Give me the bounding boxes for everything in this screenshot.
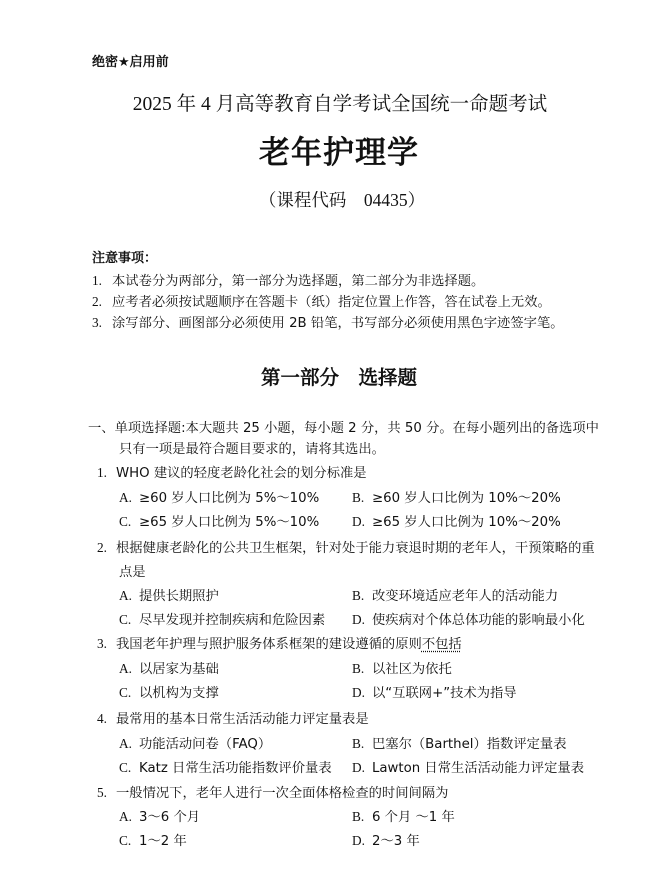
question-number: 5. [97, 785, 116, 801]
option-label: B. [352, 490, 372, 506]
option-2c: C.尽早发现并控制疾病和危险因素 [119, 609, 325, 628]
option-label: D. [352, 685, 372, 701]
option-label: B. [352, 661, 372, 677]
option-text: ≥60 岁人口比例为 10%～20% [372, 491, 561, 506]
option-5d: D.2～3 年 [352, 830, 420, 849]
option-1b: B.≥60 岁人口比例为 10%～20% [352, 487, 561, 506]
option-4c: C.Katz 日常生活功能指数评价量表 [119, 757, 332, 776]
option-text: 1～2 年 [139, 834, 187, 849]
notice-item-text: 应考者必须按试题顺序在答题卡（纸）指定位置上作答，答在试卷上无效。 [112, 295, 551, 310]
option-text: 巴塞尔（Barthel）指数评定量表 [372, 737, 567, 752]
option-1d: D.≥65 岁人口比例为 10%～20% [352, 511, 561, 530]
question-number: 1. [97, 465, 116, 481]
option-5c: C.1～2 年 [119, 830, 187, 849]
option-1c: C.≥65 岁人口比例为 5%～10% [119, 511, 319, 530]
option-2a: A.提供长期照护 [119, 585, 219, 604]
option-text: 3～6 个月 [139, 810, 200, 825]
option-label: A. [119, 490, 139, 506]
option-label: B. [352, 809, 372, 825]
option-text: Katz 日常生活功能指数评价量表 [139, 761, 332, 776]
option-label: D. [352, 760, 372, 776]
section-instructions-line1: 一、单项选择题:本大题共 25 小题，每小题 2 分，共 50 分。在每小题列出… [88, 417, 599, 436]
option-text: 以居家为基础 [139, 662, 219, 677]
notice-item-number: 1. [92, 273, 112, 289]
question-stem: 我国老年护理与照护服务体系框架的建设遵循的原则 [116, 637, 422, 652]
question-number: 2. [97, 540, 116, 556]
option-text: 以社区为依托 [372, 662, 452, 677]
option-label: B. [352, 736, 372, 752]
question-stem: 一般情况下，老年人进行一次全面体格检查的时间间隔为 [116, 786, 448, 801]
option-text: 以“互联网+”技术为指导 [372, 686, 517, 701]
question-5: 5.一般情况下，老年人进行一次全面体格检查的时间间隔为 [97, 782, 448, 801]
option-text: 功能活动问卷（FAQ） [139, 737, 271, 752]
question-stem-continued: 点是 [119, 561, 146, 580]
option-label: D. [352, 833, 372, 849]
question-1: 1.WHO 建议的轻度老龄化社会的划分标准是 [97, 462, 367, 481]
question-number: 3. [97, 636, 116, 652]
option-text: Lawton 日常生活活动能力评定量表 [372, 761, 584, 776]
option-text: ≥65 岁人口比例为 5%～10% [139, 515, 319, 530]
question-4: 4.最常用的基本日常生活活动能力评定量表是 [97, 708, 369, 727]
option-2d: D.使疾病对个体总体功能的影响最小化 [352, 609, 585, 628]
option-label: C. [119, 760, 139, 776]
notice-item: 2.应考者必须按试题顺序在答题卡（纸）指定位置上作答，答在试卷上无效。 [92, 291, 551, 310]
option-text: 6 个月 ～1 年 [372, 810, 455, 825]
option-label: C. [119, 833, 139, 849]
option-3b: B.以社区为依托 [352, 658, 452, 677]
part-title: 第一部分 选择题 [0, 362, 650, 390]
subject-title: 老年护理学 [0, 127, 650, 172]
secret-mark: 绝密★启用前 [92, 51, 169, 70]
option-label: A. [119, 809, 139, 825]
option-label: A. [119, 661, 139, 677]
question-number: 4. [97, 711, 116, 727]
exam-title: 2025 年 4 月高等教育自学考试全国统一命题考试 [0, 88, 650, 116]
notice-item: 1.本试卷分为两部分，第一部分为选择题，第二部分为非选择题。 [92, 270, 484, 289]
question-stem: 最常用的基本日常生活活动能力评定量表是 [116, 712, 369, 727]
option-3a: A.以居家为基础 [119, 658, 219, 677]
option-text: 以机构为支撑 [139, 686, 219, 701]
option-label: D. [352, 514, 372, 530]
notice-item-number: 3. [92, 315, 112, 331]
option-2b: B.改变环境适应老年人的活动能力 [352, 585, 558, 604]
notice-heading: 注意事项： [92, 247, 157, 266]
notice-item: 3.涂写部分、画图部分必须使用 2B 铅笔，书写部分必须使用黑色字迹签字笔。 [92, 312, 564, 331]
option-1a: A.≥60 岁人口比例为 5%～10% [119, 487, 319, 506]
option-4a: A.功能活动问卷（FAQ） [119, 733, 271, 752]
question-3: 3.我国老年护理与照护服务体系框架的建设遵循的原则不包括 [97, 633, 462, 652]
option-text: 尽早发现并控制疾病和危险因素 [139, 613, 325, 628]
option-label: C. [119, 685, 139, 701]
option-text: 提供长期照护 [139, 589, 219, 604]
option-3d: D.以“互联网+”技术为指导 [352, 682, 517, 701]
option-label: A. [119, 736, 139, 752]
option-label: C. [119, 514, 139, 530]
option-label: B. [352, 588, 372, 604]
option-5b: B.6 个月 ～1 年 [352, 806, 455, 825]
option-label: D. [352, 612, 372, 628]
option-3c: C.以机构为支撑 [119, 682, 219, 701]
notice-item-text: 本试卷分为两部分，第一部分为选择题，第二部分为非选择题。 [112, 274, 484, 289]
question-stem-emphasis: 不包括 [422, 637, 462, 652]
option-text: ≥60 岁人口比例为 5%～10% [139, 491, 319, 506]
option-text: ≥65 岁人口比例为 10%～20% [372, 515, 561, 530]
notice-item-number: 2. [92, 294, 112, 310]
notice-item-text: 涂写部分、画图部分必须使用 2B 铅笔，书写部分必须使用黑色字迹签字笔。 [112, 316, 564, 331]
option-4d: D.Lawton 日常生活活动能力评定量表 [352, 757, 584, 776]
option-label: C. [119, 612, 139, 628]
option-label: A. [119, 588, 139, 604]
option-4b: B.巴塞尔（Barthel）指数评定量表 [352, 733, 567, 752]
section-instructions-line2: 只有一项是最符合题目要求的，请将其选出。 [119, 438, 385, 457]
option-text: 改变环境适应老年人的活动能力 [372, 589, 558, 604]
question-2: 2.根据健康老龄化的公共卫生框架，针对处于能力衰退时期的老年人，干预策略的重 [97, 537, 595, 556]
question-stem: WHO 建议的轻度老龄化社会的划分标准是 [116, 466, 367, 481]
option-text: 2～3 年 [372, 834, 420, 849]
question-stem: 根据健康老龄化的公共卫生框架，针对处于能力衰退时期的老年人，干预策略的重 [116, 541, 595, 556]
option-text: 使疾病对个体总体功能的影响最小化 [372, 613, 585, 628]
course-code: （课程代码 04435） [0, 187, 650, 212]
option-5a: A.3～6 个月 [119, 806, 200, 825]
